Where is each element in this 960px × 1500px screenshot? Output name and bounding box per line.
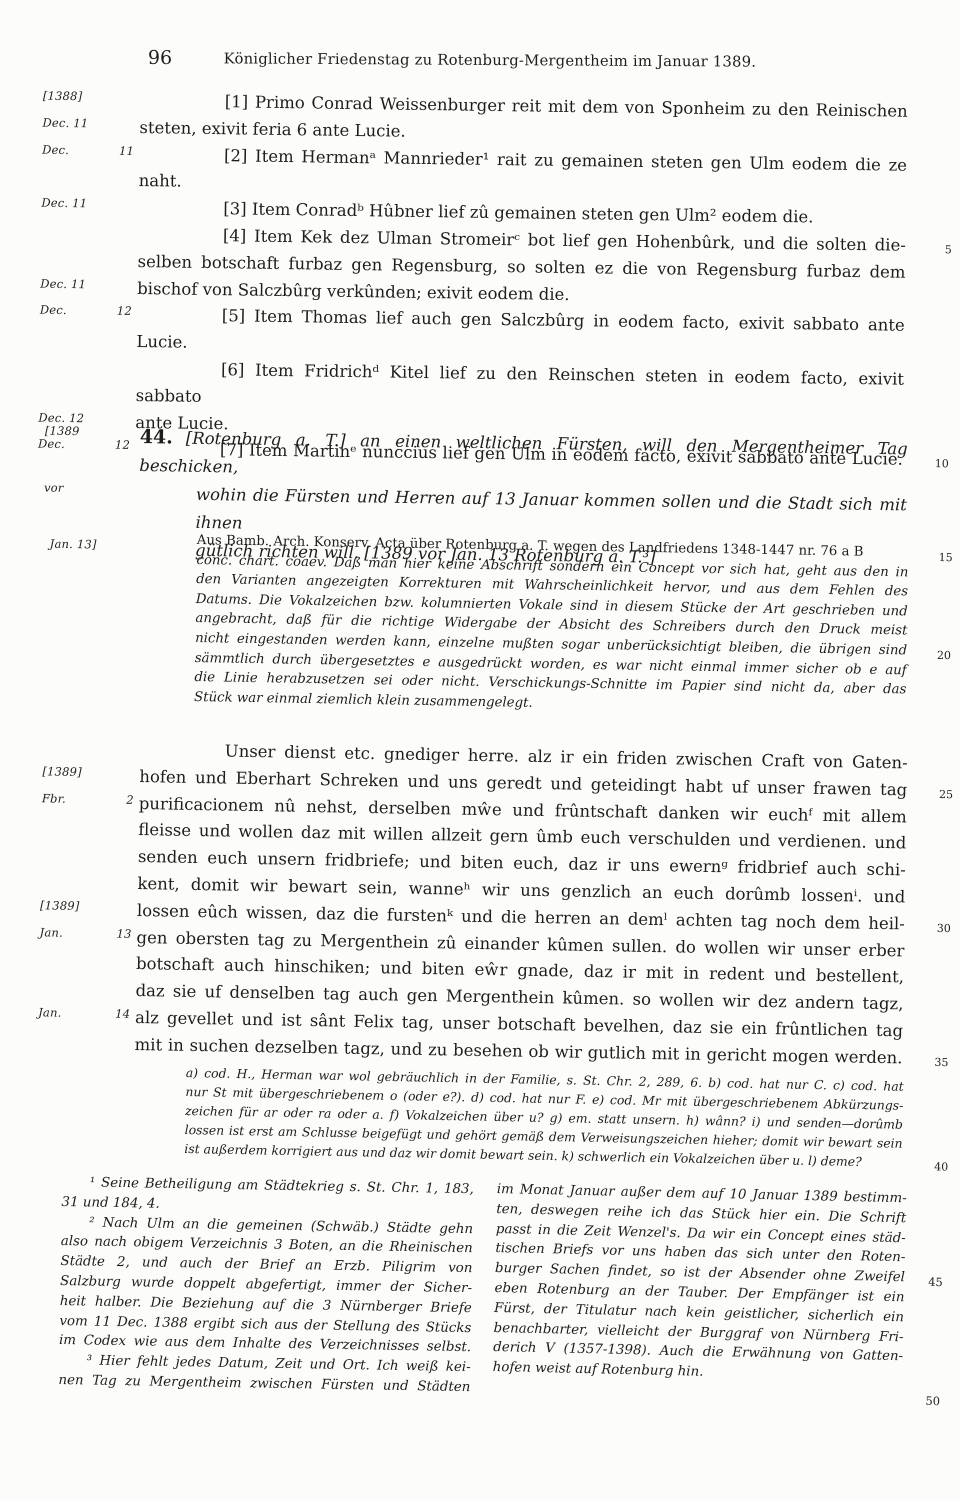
line-number: 40 (934, 1157, 948, 1176)
running-title: Königlicher Friedenstag zu Rotenburg-Mer… (190, 50, 790, 71)
page-number: 96 (148, 47, 172, 69)
margin-date-label: Jan. 14 (38, 1006, 130, 1021)
margin-date-label: Dec. 11 (42, 116, 134, 130)
letter-text-block: Unser dienst etc. gnediger herre. alz ir… (134, 737, 907, 1072)
line-text: bischof von Salczbûrg verkûnden; exivit … (137, 279, 570, 304)
line-text: [3] Item Conradᵇ Hûbner lief zû gemainen… (223, 199, 813, 226)
line-text: nen Tag zu Mergentheim zwischen Fürsten … (58, 1373, 470, 1395)
line-text: [6] Item Fridrichᵈ Kitel lief zu den Rei… (136, 360, 905, 406)
page-header: 96 Königlicher Friedenstag zu Rotenburg-… (0, 46, 960, 52)
margin-date-label: [1388] (43, 90, 135, 104)
source-note-block: Aus Bamb. Arch. Konserv. Acta über Roten… (194, 531, 909, 720)
line-text: [Rotenburg a. T.] an einen weltlichen Fü… (139, 429, 908, 477)
line-text: [5] Item Thomas lief auch gen Salczbûrg … (136, 307, 905, 352)
margin-date-label: Dec. 12 (38, 438, 130, 452)
line-number: 5 (945, 237, 952, 264)
line-number: 30 (937, 916, 951, 943)
margin-date-label: Jan. 13] (43, 538, 103, 552)
line-text: Stück war einmal ziemlich klein zusammen… (194, 690, 533, 711)
line-number: 10 (935, 451, 949, 478)
margin-date-label: Dec. 11 (42, 143, 134, 157)
line-text: hofen weist auf Rotenburg hin. (493, 1360, 704, 1380)
margin-date-label: Fbr. 2 (42, 792, 134, 807)
line-text: [2] Item Hermanᵃ Mannrieder¹ rait zu gem… (139, 146, 908, 191)
scanned-book-page: 96 Königlicher Friedenstag zu Rotenburg-… (0, 0, 960, 1500)
footnote-column-right: im Monat Januar außer dem auf 10 Januar … (492, 1180, 907, 1401)
line-number: 20 (937, 646, 951, 666)
margin-date-label: [1389] (42, 765, 134, 780)
lettered-footnotes-block: a) cod. H., Herman war wol gebräuchlich … (184, 1063, 904, 1172)
line-number: 25 (939, 782, 953, 809)
margin-date-label: Dec. 12 (40, 304, 132, 318)
line-number: 35 (934, 1050, 948, 1077)
section-number: 44. (140, 426, 173, 448)
entries-block: [1] Primo Conrad Weissenburger reit mit … (135, 88, 908, 474)
line-number: 15 (938, 548, 952, 568)
line-text: wohin die Fürsten und Herren auf 13 Janu… (195, 485, 907, 533)
margin-date-label: [1389] (40, 899, 132, 914)
margin-date-label: [1389 (45, 425, 105, 439)
margin-date-label: Dec. 11 (41, 197, 133, 211)
line-text: steten, exivit feria 6 ante Lucie. (139, 118, 406, 141)
margin-date-label: Jan. 13 (39, 926, 131, 941)
line-number: 50 (925, 1392, 940, 1412)
margin-date-label: Dec. 11 (40, 277, 132, 291)
footnote-column-left: ¹ Seine Betheiligung am Städtekrieg s. S… (58, 1173, 474, 1398)
line-text: 31 und 184, 4. (61, 1195, 159, 1212)
margin-date-label: vor (44, 482, 104, 496)
line-number: 45 (928, 1273, 943, 1293)
